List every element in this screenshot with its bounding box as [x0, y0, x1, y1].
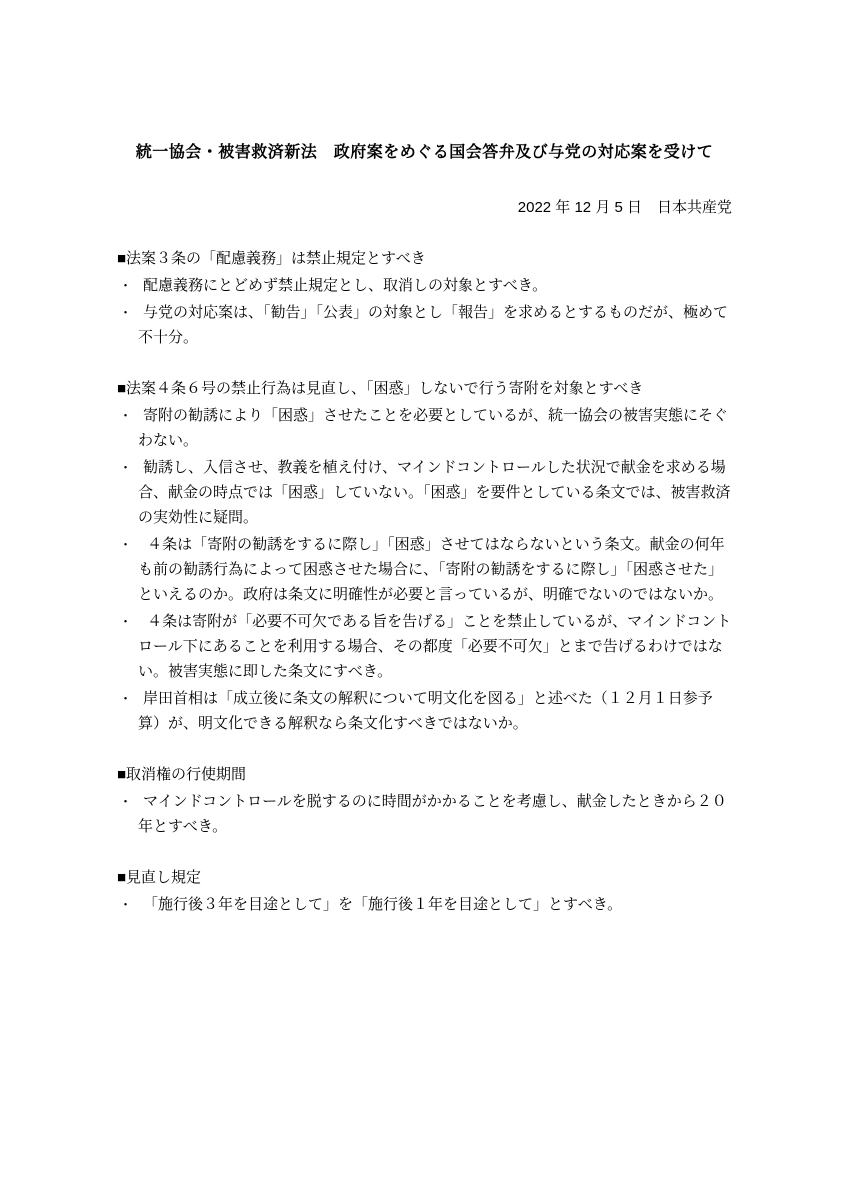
bullet-marker: ・	[119, 609, 132, 634]
section: ■取消権の行使期間・マインドコントロールを脱するのに時間がかかることを考慮し、献…	[117, 762, 732, 839]
bullet-text: 岸田首相は「成立後に条文の解釈について明文化を図る」と述べた（１２月１日参予算）…	[138, 690, 713, 732]
bullet-text: マインドコントロールを脱するのに時間がかかることを考慮し、献金したときから２０年…	[138, 793, 727, 835]
document-title: 統一協会・被害救済新法 政府案をめぐる国会答弁及び与党の対応案を受けて	[117, 140, 732, 166]
section-heading: ■見直し規定	[117, 865, 732, 890]
section: ■法案３条の「配慮義務」は禁止規定とすべき・配慮義務にとどめず禁止規定とし、取消…	[117, 246, 732, 350]
bullet-marker: ・	[119, 532, 132, 557]
section: ■法案４条６号の禁止行為は見直し、「困惑」しないで行う寄附を対象とすべき・寄附の…	[117, 376, 732, 736]
date-author-line: 2022 年 12 月 5 日 日本共産党	[117, 195, 732, 220]
section-heading: ■法案３条の「配慮義務」は禁止規定とすべき	[117, 246, 732, 271]
section-heading: ■取消権の行使期間	[117, 762, 732, 787]
bullet-text: 寄附の勧誘により「困惑」させたことを必要としているが、統一協会の被害実態にそぐわ…	[138, 407, 728, 449]
bullet-item: ・寄附の勧誘により「困惑」させたことを必要としているが、統一協会の被害実態にそぐ…	[117, 403, 732, 453]
bullet-text: 与党の対応案は、「勧告」「公表」の対象とし「報告」を求めるとするものだが、極めて…	[138, 304, 728, 346]
bullet-text: 配慮義務にとどめず禁止規定とし、取消しの対象とすべき。	[143, 277, 547, 294]
bullet-item: ・岸田首相は「成立後に条文の解釈について明文化を図る」と述べた（１２月１日参予算…	[117, 686, 732, 736]
bullet-marker: ・	[119, 686, 132, 711]
sections-container: ■法案３条の「配慮義務」は禁止規定とすべき・配慮義務にとどめず禁止規定とし、取消…	[117, 246, 732, 917]
bullet-item: ・「施行後３年を目途として」を「施行後１年を目途として」とすべき。	[117, 892, 732, 917]
document-page: 統一協会・被害救済新法 政府案をめぐる国会答弁及び与党の対応案を受けて 2022…	[0, 0, 849, 1200]
bullet-marker: ・	[119, 892, 132, 917]
section: ■見直し規定・「施行後３年を目途として」を「施行後１年を目途として」とすべき。	[117, 865, 732, 917]
bullet-marker: ・	[119, 403, 132, 428]
bullet-item: ・ ４条は「寄附の勧誘をするに際し」「困惑」させてはならないという条文。献金の何…	[117, 532, 732, 607]
bullet-item: ・マインドコントロールを脱するのに時間がかかることを考慮し、献金したときから２０…	[117, 789, 732, 839]
section-heading: ■法案４条６号の禁止行為は見直し、「困惑」しないで行う寄附を対象とすべき	[117, 376, 732, 401]
bullet-item: ・ ４条は寄附が「必要不可欠である旨を告げる」ことを禁止しているが、マインドコン…	[117, 609, 732, 684]
bullet-text: ４条は「寄附の勧誘をするに際し」「困惑」させてはならないという条文。献金の何年も…	[138, 536, 725, 603]
bullet-item: ・勧誘し、入信させ、教義を植え付け、マインドコントロールした状況で献金を求める場…	[117, 455, 732, 530]
bullet-text: 「施行後３年を目途として」を「施行後１年を目途として」とすべき。	[143, 896, 622, 913]
bullet-marker: ・	[119, 300, 132, 325]
bullet-marker: ・	[119, 273, 132, 298]
bullet-item: ・与党の対応案は、「勧告」「公表」の対象とし「報告」を求めるとするものだが、極め…	[117, 300, 732, 350]
bullet-text: 勧誘し、入信させ、教義を植え付け、マインドコントロールした状況で献金を求める場合…	[138, 459, 731, 526]
bullet-marker: ・	[119, 455, 132, 480]
bullet-item: ・配慮義務にとどめず禁止規定とし、取消しの対象とすべき。	[117, 273, 732, 298]
bullet-text: ４条は寄附が「必要不可欠である旨を告げる」ことを禁止しているが、マインドコントロ…	[138, 613, 731, 680]
bullet-marker: ・	[119, 789, 132, 814]
